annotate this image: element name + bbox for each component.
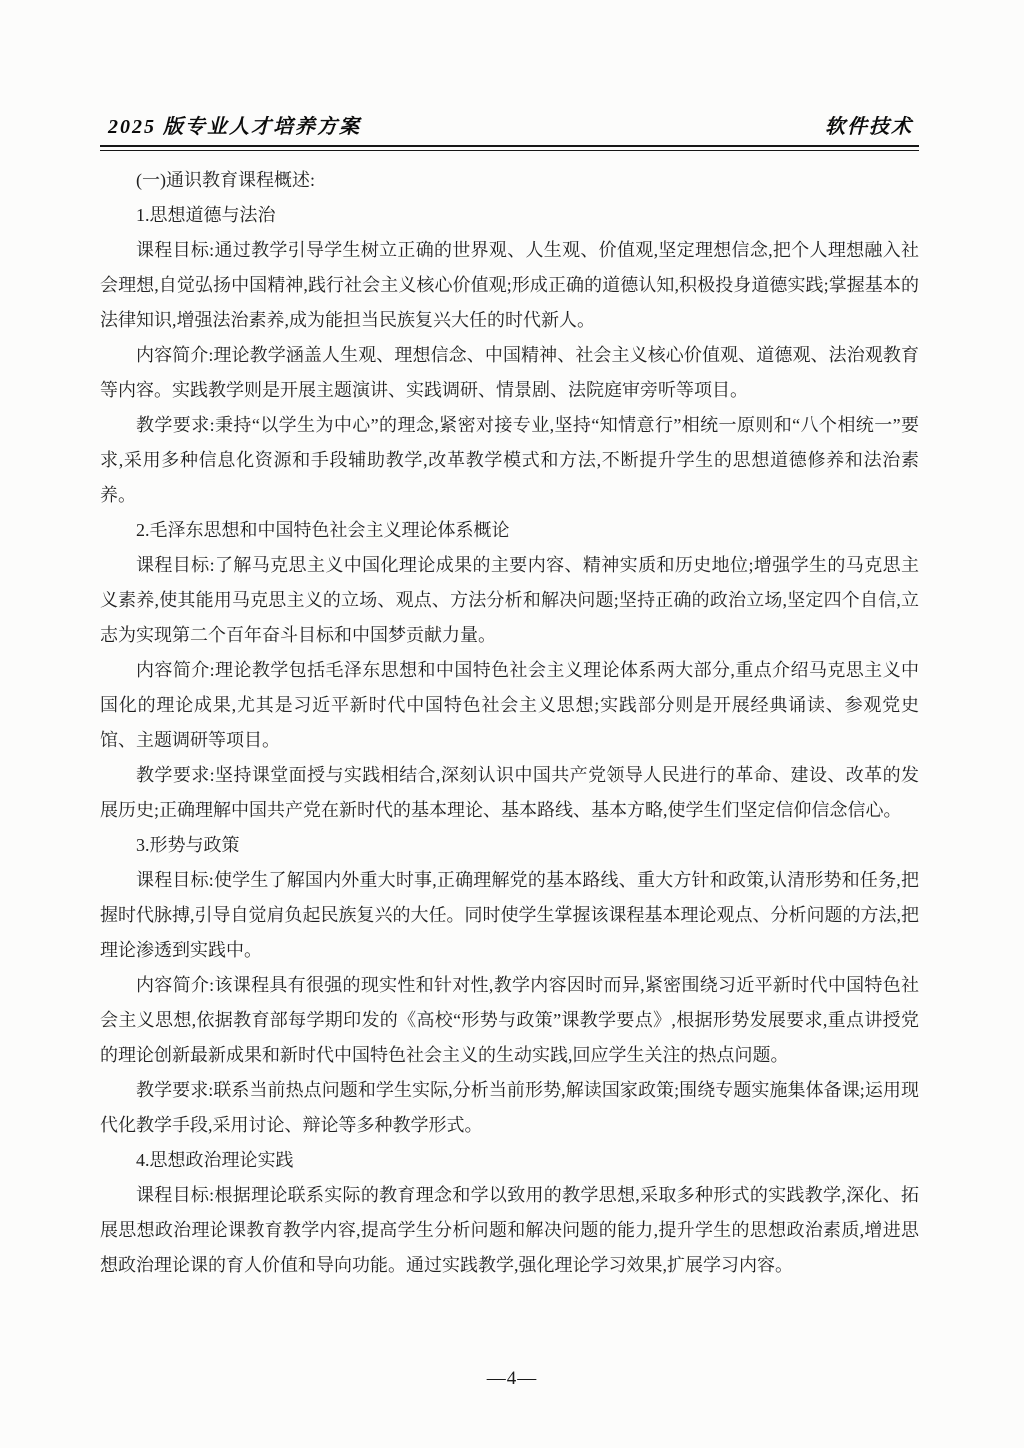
course-1-title: 1.思想道德与法治 <box>100 198 919 233</box>
course-3-goal: 课程目标:使学生了解国内外重大时事,正确理解党的基本路线、重大方针和政策,认清形… <box>100 863 919 968</box>
header-right-title: 软件技术 <box>825 110 913 139</box>
overview-section-heading: (一)通识教育课程概述: <box>100 163 919 198</box>
course-2-intro: 内容简介:理论教学包括毛泽东思想和中国特色社会主义理论体系两大部分,重点介绍马克… <box>100 653 919 758</box>
page-footer: —4— <box>0 1368 1024 1390</box>
header-left-title: 2025 版专业人才培养方案 <box>108 110 361 139</box>
course-1-goal: 课程目标:通过教学引导学生树立正确的世界观、人生观、价值观,坚定理想信念,把个人… <box>100 233 919 338</box>
document-page: 2025 版专业人才培养方案 软件技术 (一)通识教育课程概述: 1.思想道德与… <box>0 0 1024 1448</box>
document-body: (一)通识教育课程概述: 1.思想道德与法治 课程目标:通过教学引导学生树立正确… <box>100 163 919 1283</box>
page-number: —4— <box>487 1368 538 1389</box>
course-3-intro: 内容简介:该课程具有很强的现实性和针对性,教学内容因时而异,紧密围绕习近平新时代… <box>100 968 919 1073</box>
course-1-intro: 内容简介:理论教学涵盖人生观、理想信念、中国精神、社会主义核心价值观、道德观、法… <box>100 338 919 408</box>
course-3-title: 3.形势与政策 <box>100 828 919 863</box>
course-2-goal: 课程目标:了解马克思主义中国化理论成果的主要内容、精神实质和历史地位;增强学生的… <box>100 548 919 653</box>
course-4-goal: 课程目标:根据理论联系实际的教育理念和学以致用的教学思想,采取多种形式的实践教学… <box>100 1178 919 1283</box>
course-2-requirements: 教学要求:坚持课堂面授与实践相结合,深刻认识中国共产党领导人民进行的革命、建设、… <box>100 758 919 828</box>
course-1-requirements: 教学要求:秉持“以学生为中心”的理念,紧密对接专业,坚持“知情意行”相统一原则和… <box>100 408 919 513</box>
course-4-title: 4.思想政治理论实践 <box>100 1143 919 1178</box>
course-3-requirements: 教学要求:联系当前热点问题和学生实际,分析当前形势,解读国家政策;围绕专题实施集… <box>100 1073 919 1143</box>
page-header: 2025 版专业人才培养方案 软件技术 <box>100 110 919 145</box>
course-2-title: 2.毛泽东思想和中国特色社会主义理论体系概论 <box>100 513 919 548</box>
header-double-rule <box>100 145 919 151</box>
